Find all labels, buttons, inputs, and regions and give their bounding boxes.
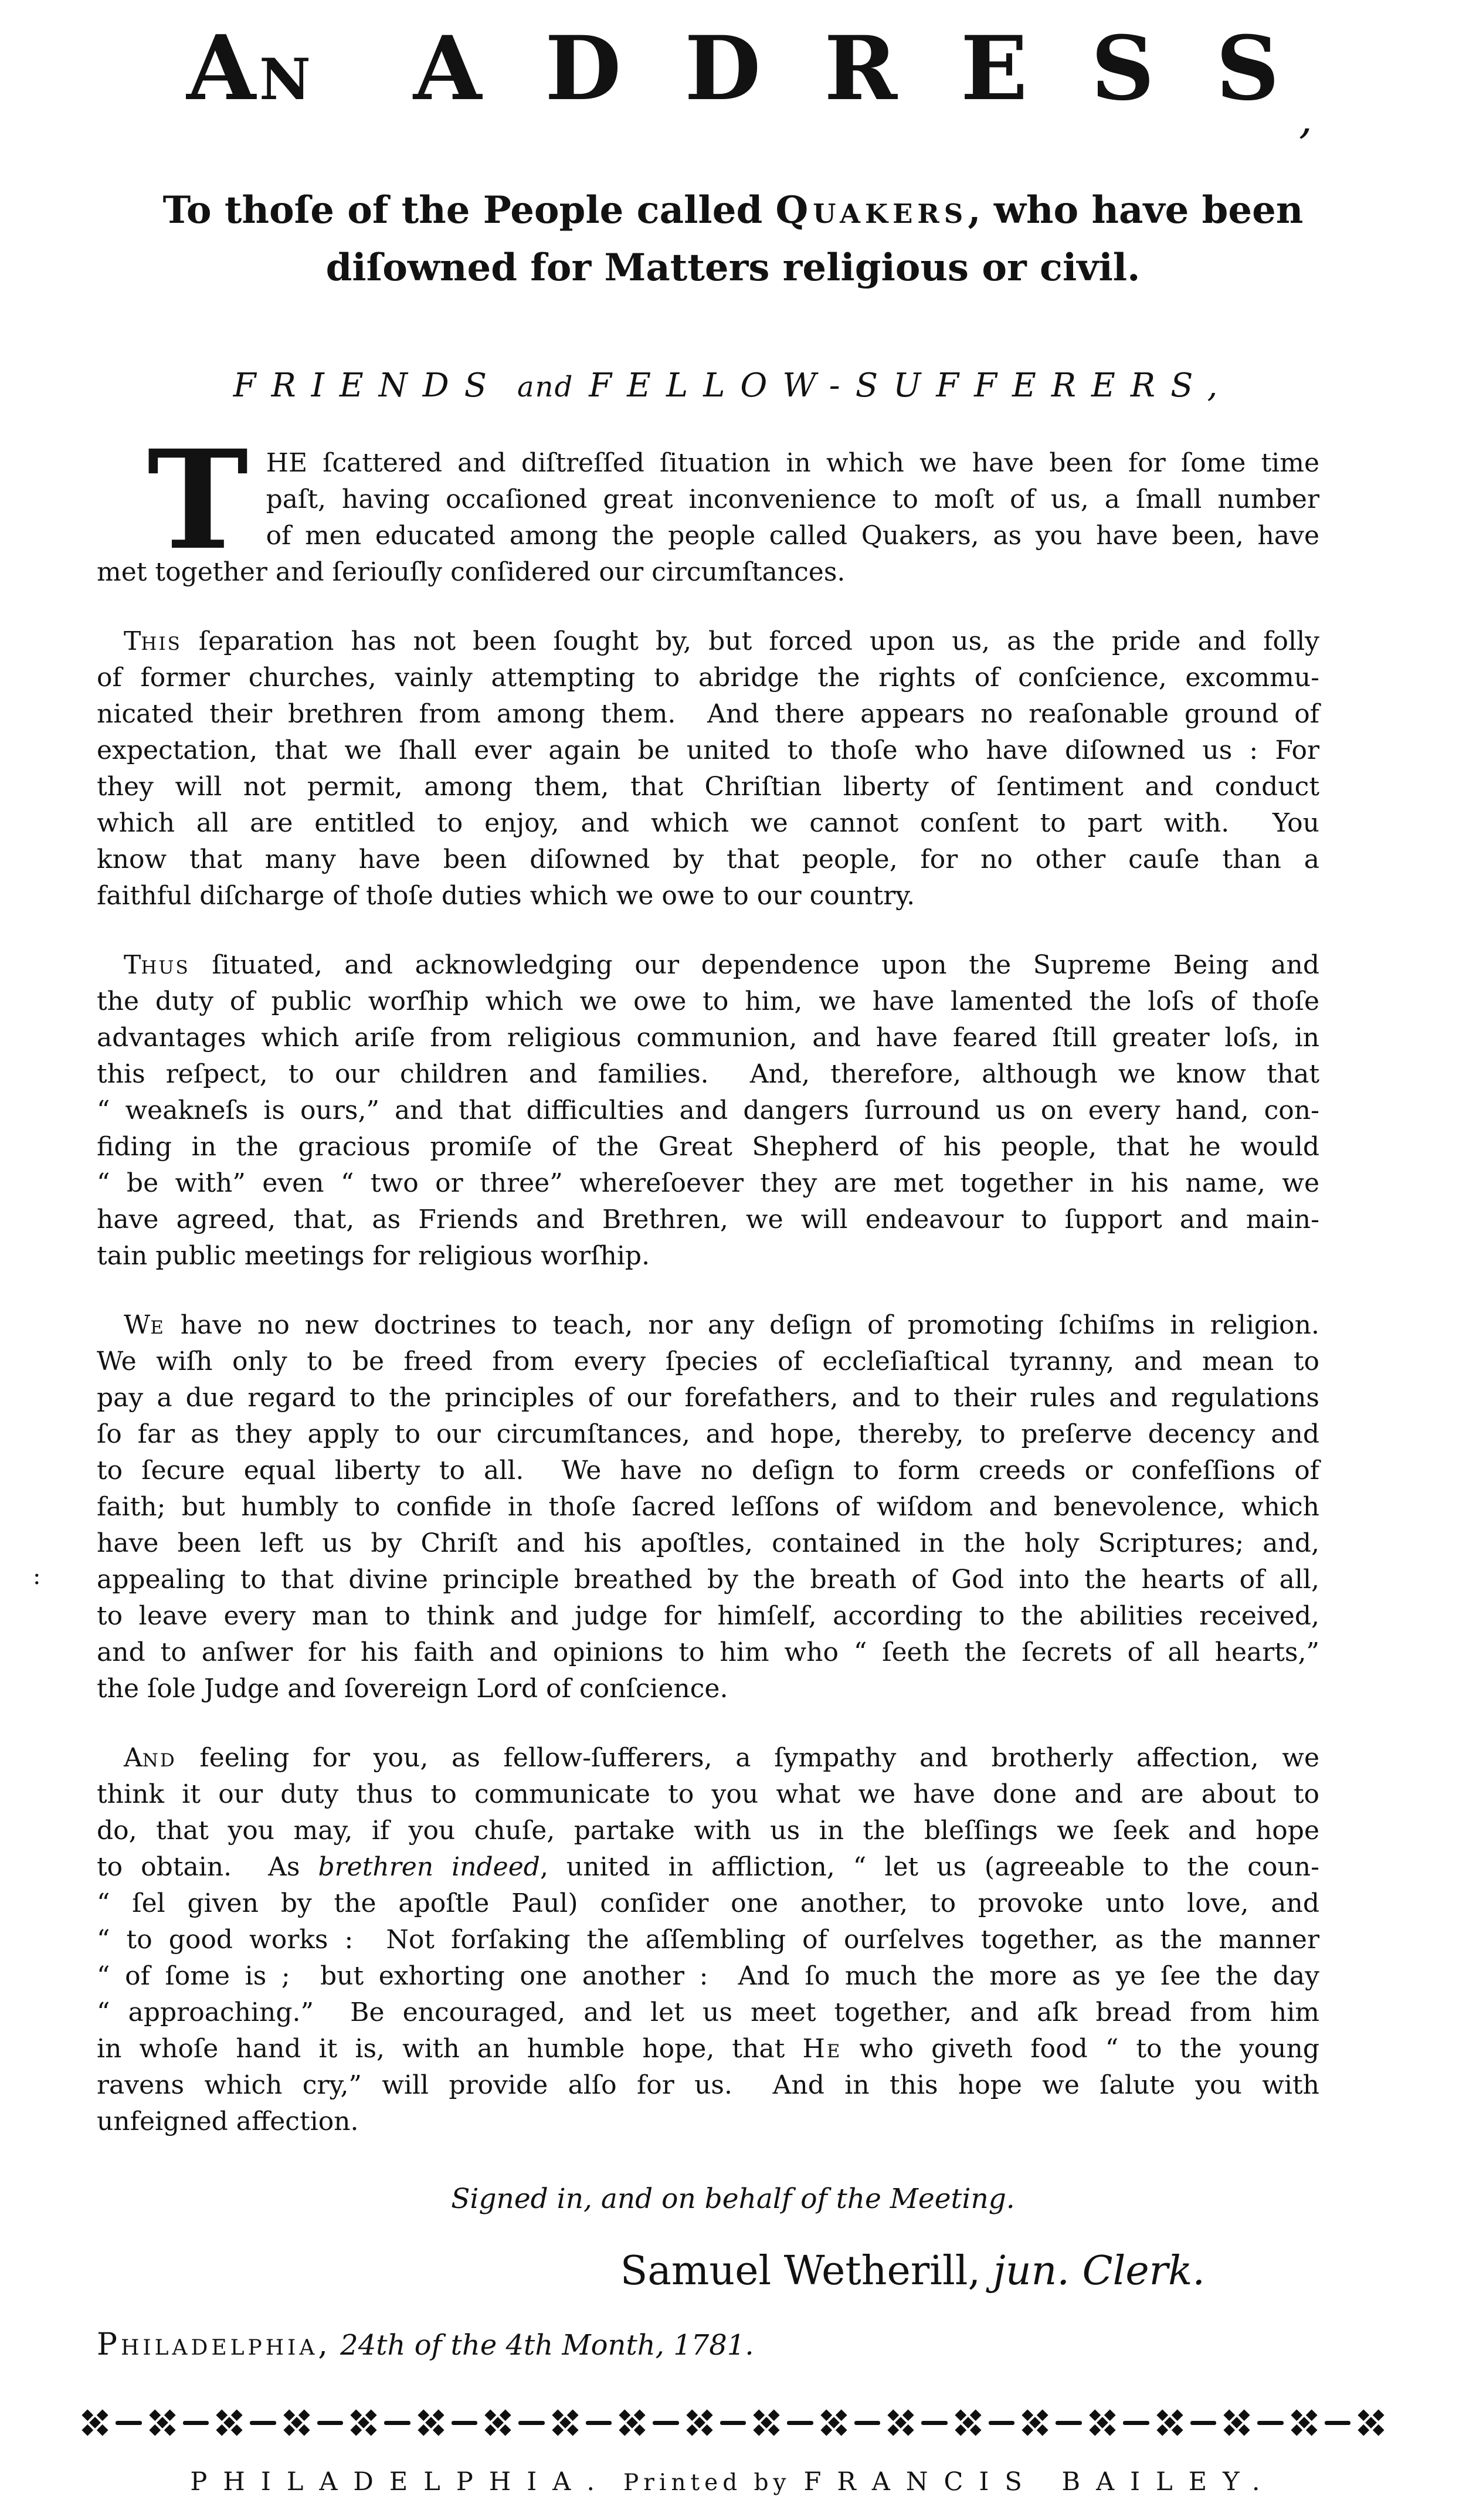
scan-mark-colon: : bbox=[33, 1563, 42, 1590]
text-segment: expectation, that we ſhall ever again be… bbox=[97, 735, 1319, 765]
imprint-line: PHILADELPHIA.Printed byFRANCIS BAILEY. bbox=[0, 2465, 1466, 2499]
text-line: to obtain. As brethren indeed, united in… bbox=[97, 1849, 1319, 1885]
text-segment: unfeigned affection. bbox=[97, 2107, 359, 2136]
fleuron-ornament bbox=[1365, 2417, 1377, 2429]
text-segment: We wiſh only to be freed from every ſpec… bbox=[97, 1347, 1319, 1376]
salutation: FRIENDSandFELLOW-SUFFERERS, bbox=[0, 365, 1466, 415]
text-segment: ſituated, and acknowledging our dependen… bbox=[190, 950, 1319, 980]
title-article: An bbox=[186, 21, 311, 143]
text-segment: “ to good works : Not forſaking the aſſe… bbox=[97, 1925, 1319, 1955]
text-line: We wiſh only to be freed from every ſpec… bbox=[97, 1344, 1319, 1380]
fleuron-ornament bbox=[1231, 2417, 1243, 2429]
imprint-place: PHILADELPHIA. bbox=[190, 2467, 610, 2497]
text-line: the ſole Judge and ſovereign Lord of con… bbox=[97, 1671, 1319, 1707]
ornament-dash bbox=[250, 2421, 276, 2425]
fleuron-ornament bbox=[1097, 2417, 1108, 2429]
text-segment: “ ſel given by the apoſtle Paul) conſide… bbox=[97, 1888, 1319, 1918]
text-segment: this reſpect, to our children and famili… bbox=[97, 1059, 1319, 1089]
fleuron-ornament bbox=[626, 2417, 638, 2429]
ornament-dash bbox=[116, 2421, 142, 2425]
text-segment: faith; but humbly to confide in thoſe ſa… bbox=[97, 1492, 1319, 1522]
text-line: tain public meetings for religious worſh… bbox=[97, 1238, 1319, 1274]
text-line: We have no new doctrines to teach, nor a… bbox=[97, 1307, 1319, 1344]
text-line: think it our duty thus to communicate to… bbox=[97, 1776, 1319, 1813]
text-segment: HE ſcattered and diſtreſſed ſituation in… bbox=[266, 448, 1319, 478]
scan-mark-comma: , bbox=[1299, 94, 1312, 143]
imprint-printer: FRANCIS BAILEY. bbox=[804, 2467, 1276, 2497]
document-page: An ADDRESS , : To thoſe of the People ca… bbox=[0, 0, 1466, 2520]
text-line: ravens which cry,” will provide alſo for… bbox=[97, 2067, 1319, 2104]
text-segment: appealing to that divine principle breat… bbox=[97, 1565, 1319, 1595]
ornament-dash bbox=[1257, 2421, 1284, 2425]
text-line: “ be with” even “ two or three” whereſoe… bbox=[97, 1165, 1319, 1202]
text-segment: nicated their brethren from among them. … bbox=[97, 699, 1319, 729]
signature-role: jun. Clerk. bbox=[980, 2248, 1205, 2294]
ornament-dash bbox=[720, 2421, 746, 2425]
text-line: met together and ſeriouſly conſidered ou… bbox=[97, 554, 1319, 591]
text-segment: “ approaching.” Be encouraged, and let u… bbox=[97, 1997, 1319, 2027]
text-segment: paſt, having occaſioned great inconvenie… bbox=[266, 484, 1319, 514]
ornament-dash bbox=[1056, 2421, 1082, 2425]
text-line: “ of ſome is ; but exhorting one another… bbox=[97, 1958, 1319, 1995]
text-line: of men educated among the people called … bbox=[97, 518, 1319, 554]
dateline-date: 24th of the 4th Month, 1781. bbox=[331, 2329, 754, 2362]
text-segment: hus bbox=[141, 950, 189, 980]
text-segment: in whoſe hand it is, with an humble hope… bbox=[97, 2034, 802, 2064]
text-segment: to obtain. As bbox=[97, 1852, 318, 1882]
text-line: paſt, having occaſioned great inconvenie… bbox=[97, 481, 1319, 518]
subtitle-line-2: diſowned for Matters religious or civil. bbox=[82, 239, 1384, 297]
fleuron-ornament bbox=[291, 2417, 303, 2429]
dateline: Philadelphia, 24th of the 4th Month, 178… bbox=[97, 2325, 1466, 2365]
text-segment: the duty of public worſhip which we owe … bbox=[97, 986, 1319, 1016]
text-line: Thus ſituated, and acknowledging our dep… bbox=[97, 947, 1319, 983]
text-line: faith; but humbly to confide in thoſe ſa… bbox=[97, 1489, 1319, 1525]
text-segment: to leave every man to think and judge fo… bbox=[97, 1601, 1319, 1631]
ornament-dash bbox=[653, 2421, 679, 2425]
text-segment: of former churches, vainly attempting to… bbox=[97, 663, 1319, 693]
text-segment: have no new doctrines to teach, nor any … bbox=[165, 1310, 1319, 1340]
text-line: in whoſe hand it is, with an humble hope… bbox=[97, 2031, 1319, 2067]
subtitle: To thoſe of the People called Quakers, w… bbox=[82, 182, 1384, 297]
fleuron-ornament bbox=[895, 2417, 907, 2429]
text-segment: advantages which ariſe from religious co… bbox=[97, 1023, 1319, 1053]
text-segment: think it our duty thus to communicate to… bbox=[97, 1779, 1319, 1809]
ornament-row bbox=[79, 2406, 1387, 2440]
subtitle-line-1: To thoſe of the People called Quakers, w… bbox=[82, 182, 1384, 239]
text-line: do, that you may, if you chuſe, partake … bbox=[97, 1813, 1319, 1849]
text-line: nicated their brethren from among them. … bbox=[97, 696, 1319, 732]
text-segment: faithful diſcharge of thoſe duties which… bbox=[97, 881, 915, 911]
text-segment: A bbox=[124, 1743, 142, 1773]
signature-name: Samuel Wetherill, bbox=[620, 2248, 980, 2294]
text-segment: who giveth food “ to the young bbox=[841, 2034, 1319, 2064]
fleuron-ornament bbox=[89, 2417, 101, 2429]
text-line: of former churches, vainly attempting to… bbox=[97, 660, 1319, 696]
text-segment: have been left us by Chriſt and his apoſ… bbox=[97, 1528, 1319, 1558]
ornament-dash bbox=[183, 2421, 209, 2425]
text-line: pay a due regard to the principles of ou… bbox=[97, 1380, 1319, 1416]
text-line: the duty of public worſhip which we owe … bbox=[97, 983, 1319, 1020]
paragraph: This ſeparation has not been ſought by, … bbox=[97, 623, 1319, 914]
text-segment: have agreed, that, as Friends and Brethr… bbox=[97, 1205, 1319, 1234]
text-segment: ſeparation has not been ſought by, but f… bbox=[182, 626, 1319, 656]
text-segment: his bbox=[141, 626, 182, 656]
text-segment: feeling for you, as fellow-ſufferers, a … bbox=[177, 1743, 1319, 1773]
imprint-printed-by: Printed by bbox=[623, 2470, 791, 2496]
fleuron-ornament bbox=[828, 2417, 840, 2429]
ornament-dash bbox=[1123, 2421, 1149, 2425]
subtitle-pre: To thoſe of the People called bbox=[163, 188, 776, 232]
text-line: they will not permit, among them, that C… bbox=[97, 769, 1319, 805]
text-segment: know that many have been diſowned by tha… bbox=[97, 844, 1319, 874]
text-segment: He bbox=[802, 2034, 841, 2064]
paragraph: THE ſcattered and diſtreſſed ſituation i… bbox=[97, 445, 1319, 591]
text-line: have agreed, that, as Friends and Brethr… bbox=[97, 1202, 1319, 1238]
text-segment: T bbox=[124, 950, 141, 980]
text-line: to leave every man to think and judge fo… bbox=[97, 1598, 1319, 1634]
fleuron-ornament bbox=[761, 2417, 772, 2429]
fleuron-ornament bbox=[358, 2417, 369, 2429]
text-segment: the ſole Judge and ſovereign Lord of con… bbox=[97, 1674, 728, 1704]
text-segment: they will not permit, among them, that C… bbox=[97, 772, 1319, 802]
text-line: ſo far as they apply to our circumſtance… bbox=[97, 1416, 1319, 1453]
text-line: unfeigned affection. bbox=[97, 2104, 1319, 2140]
ornament-dash bbox=[518, 2421, 545, 2425]
text-segment: fiding in the gracious promiſe of the Gr… bbox=[97, 1132, 1319, 1162]
text-line: This ſeparation has not been ſought by, … bbox=[97, 623, 1319, 660]
text-segment: to ſecure equal liberty to all. We have … bbox=[97, 1456, 1319, 1485]
text-segment: which all are entitled to enjoy, and whi… bbox=[97, 808, 1319, 838]
ornament-dash bbox=[1325, 2421, 1351, 2425]
text-line: “ ſel given by the apoſtle Paul) conſide… bbox=[97, 1885, 1319, 1922]
text-line: to ſecure equal liberty to all. We have … bbox=[97, 1453, 1319, 1489]
text-line: appealing to that divine principle breat… bbox=[97, 1562, 1319, 1598]
ornament-dash bbox=[317, 2421, 344, 2425]
signed-line: Signed in, and on behalf of the Meeting. bbox=[0, 2181, 1466, 2217]
salutation-and: and bbox=[517, 371, 573, 403]
text-segment: met together and ſeriouſly conſidered ou… bbox=[97, 557, 845, 587]
fleuron-ornament bbox=[559, 2417, 571, 2429]
title-word: ADDRESS bbox=[413, 22, 1343, 116]
ornament-dash bbox=[586, 2421, 612, 2425]
title-article-n: n bbox=[259, 46, 311, 113]
text-line: advantages which ariſe from religious co… bbox=[97, 1020, 1319, 1056]
dateline-place: Philadelphia, bbox=[97, 2327, 331, 2362]
text-line: and to anſwer for his faith and opinions… bbox=[97, 1634, 1319, 1671]
salutation-word1: FRIENDS bbox=[233, 367, 502, 405]
text-segment: ravens which cry,” will provide alſo for… bbox=[97, 2070, 1319, 2100]
text-segment: “ weakneſs is ours,” and that difficulti… bbox=[97, 1095, 1319, 1125]
fleuron-ornament bbox=[694, 2417, 705, 2429]
text-segment: “ of ſome is ; but exhorting one another… bbox=[97, 1961, 1319, 1991]
text-line: faithful diſcharge of thoſe duties which… bbox=[97, 878, 1319, 914]
fleuron-ornament bbox=[492, 2417, 504, 2429]
ornament-dash bbox=[384, 2421, 410, 2425]
fleuron-ornament bbox=[962, 2417, 974, 2429]
text-segment: do, that you may, if you chuſe, partake … bbox=[97, 1816, 1319, 1846]
text-segment: W bbox=[124, 1310, 150, 1340]
subtitle-post: , who have been bbox=[968, 188, 1303, 232]
subtitle-quakers: Quakers bbox=[775, 188, 968, 232]
drop-cap: T bbox=[147, 445, 266, 554]
fleuron-ornament bbox=[425, 2417, 437, 2429]
fleuron-ornament bbox=[157, 2417, 168, 2429]
text-line: expectation, that we ſhall ever again be… bbox=[97, 732, 1319, 769]
title-row: An ADDRESS bbox=[0, 21, 1466, 143]
fleuron-ornament bbox=[1164, 2417, 1176, 2429]
text-line: which all are entitled to enjoy, and whi… bbox=[97, 805, 1319, 842]
text-line: fiding in the gracious promiſe of the Gr… bbox=[97, 1129, 1319, 1165]
text-segment: , united in affliction, “ let us (agreea… bbox=[540, 1852, 1319, 1882]
text-line: have been left us by Chriſt and his apoſ… bbox=[97, 1525, 1319, 1562]
ornament-dash bbox=[1190, 2421, 1217, 2425]
signature-line: Samuel Wetherill, jun. Clerk. bbox=[0, 2244, 1466, 2298]
paragraph: We have no new doctrines to teach, nor a… bbox=[97, 1307, 1319, 1707]
text-segment: T bbox=[124, 626, 141, 656]
paragraph: Thus ſituated, and acknowledging our dep… bbox=[97, 947, 1319, 1274]
title-article-cap: A bbox=[186, 15, 256, 120]
text-line: “ to good works : Not forſaking the aſſe… bbox=[97, 1922, 1319, 1958]
text-segment: nd bbox=[142, 1743, 177, 1773]
text-segment: tain public meetings for religious worſh… bbox=[97, 1241, 650, 1271]
text-segment: brethren indeed bbox=[318, 1852, 539, 1882]
document-body: THE ſcattered and diſtreſſed ſituation i… bbox=[97, 445, 1319, 2140]
ornament-dash bbox=[854, 2421, 881, 2425]
text-line: And feeling for you, as fellow-ſufferers… bbox=[97, 1740, 1319, 1776]
text-segment: of men educated among the people called … bbox=[266, 521, 1319, 551]
text-segment: pay a due regard to the principles of ou… bbox=[97, 1383, 1319, 1413]
salutation-word2: FELLOW-SUFFERERS, bbox=[589, 367, 1233, 405]
text-line: “ weakneſs is ours,” and that difficulti… bbox=[97, 1093, 1319, 1129]
text-line: this reſpect, to our children and famili… bbox=[97, 1056, 1319, 1093]
text-line: HE ſcattered and diſtreſſed ſituation in… bbox=[97, 445, 1319, 481]
text-segment: and to anſwer for his faith and opinions… bbox=[97, 1637, 1319, 1667]
text-segment: “ be with” even “ two or three” whereſoe… bbox=[97, 1168, 1319, 1198]
fleuron-ornament bbox=[1030, 2417, 1041, 2429]
ornament-dash bbox=[452, 2421, 478, 2425]
paragraph: And feeling for you, as fellow-ſufferers… bbox=[97, 1740, 1319, 2140]
text-segment: e bbox=[150, 1310, 165, 1340]
fleuron-ornament bbox=[1298, 2417, 1310, 2429]
fleuron-ornament bbox=[223, 2417, 235, 2429]
text-line: know that many have been diſowned by tha… bbox=[97, 842, 1319, 878]
ornament-dash bbox=[989, 2421, 1015, 2425]
ornament-dash bbox=[921, 2421, 948, 2425]
text-line: “ approaching.” Be encouraged, and let u… bbox=[97, 1995, 1319, 2031]
text-segment: ſo far as they apply to our circumſtance… bbox=[97, 1419, 1319, 1449]
ornament-dash bbox=[787, 2421, 813, 2425]
